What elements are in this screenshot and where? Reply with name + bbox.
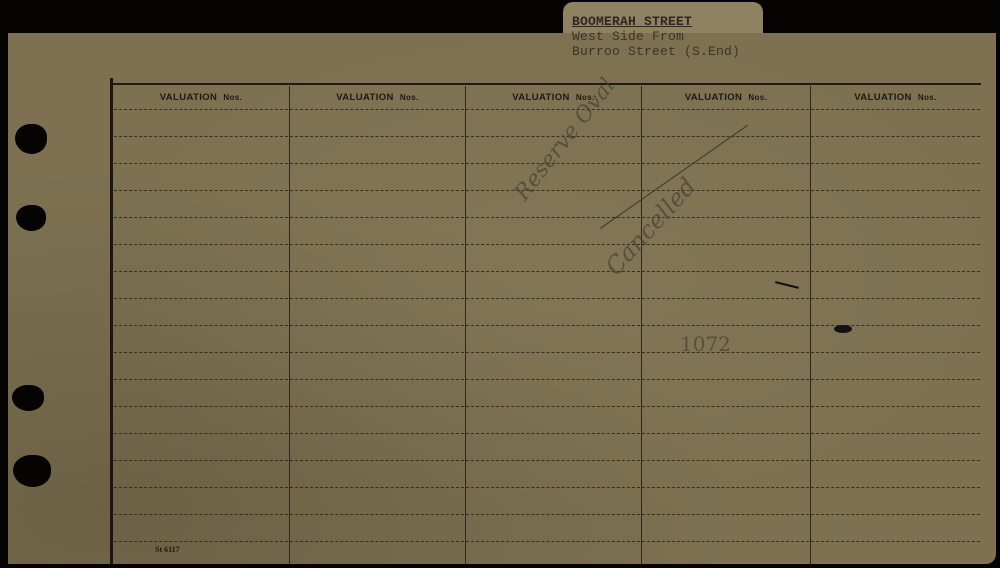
row-rule xyxy=(114,136,288,138)
row-rule xyxy=(290,460,464,462)
row-rule xyxy=(811,244,980,246)
row-rule xyxy=(811,136,980,138)
row-rule xyxy=(114,217,288,219)
row-rule xyxy=(290,379,464,381)
row-rule xyxy=(466,406,640,408)
column-header: VALUATIONNos. xyxy=(290,92,465,106)
row-rule xyxy=(290,217,464,219)
row-rule xyxy=(114,541,288,543)
row-rule xyxy=(466,514,640,516)
handwritten-number: 1072 xyxy=(680,332,731,356)
row-rule xyxy=(466,325,640,327)
row-rule xyxy=(466,541,640,543)
row-rule xyxy=(114,460,288,462)
ink-blot-mark xyxy=(834,325,852,333)
row-rule xyxy=(811,217,980,219)
binder-hole-icon xyxy=(12,385,44,411)
row-rule xyxy=(114,109,288,111)
row-rule xyxy=(811,406,980,408)
form-number: St 6117 xyxy=(155,545,180,554)
row-rule xyxy=(114,325,288,327)
row-rule xyxy=(466,460,640,462)
row-rule xyxy=(811,109,980,111)
street-side: West Side From xyxy=(572,29,740,44)
row-rule xyxy=(114,271,288,273)
row-rule xyxy=(290,298,464,300)
row-rule xyxy=(642,163,809,165)
row-rule xyxy=(114,163,288,165)
header-suffix: Nos. xyxy=(918,93,937,102)
row-rule xyxy=(114,379,288,381)
row-rule xyxy=(114,190,288,192)
row-rule xyxy=(642,541,809,543)
row-rule xyxy=(642,433,809,435)
row-rule xyxy=(811,487,980,489)
row-rule xyxy=(811,298,980,300)
row-rule xyxy=(642,136,809,138)
row-rule xyxy=(466,433,640,435)
header-suffix: Nos. xyxy=(748,93,767,102)
row-rule xyxy=(114,244,288,246)
row-rule xyxy=(642,460,809,462)
row-rule xyxy=(290,109,464,111)
row-rule xyxy=(811,433,980,435)
row-rule xyxy=(290,352,464,354)
row-rule xyxy=(290,514,464,516)
header-label: VALUATION xyxy=(160,92,218,103)
row-rule xyxy=(290,244,464,246)
row-rule xyxy=(642,109,809,111)
row-rule xyxy=(114,406,288,408)
table-top-border xyxy=(113,83,981,85)
row-rule xyxy=(114,514,288,516)
row-rule xyxy=(642,514,809,516)
row-rule xyxy=(642,298,809,300)
row-rule xyxy=(290,136,464,138)
row-rule xyxy=(811,352,980,354)
column-header: VALUATIONNos. xyxy=(642,92,810,106)
row-rule xyxy=(642,406,809,408)
header-suffix: Nos. xyxy=(400,93,419,102)
tab-label: BOOMERAH STREET West Side From Burroo St… xyxy=(572,14,740,59)
header-label: VALUATION xyxy=(512,92,570,103)
row-rule xyxy=(811,460,980,462)
row-rule xyxy=(466,352,640,354)
row-rule xyxy=(642,244,809,246)
row-rule xyxy=(290,163,464,165)
row-rule xyxy=(811,163,980,165)
row-rule xyxy=(466,190,640,192)
row-rule xyxy=(811,379,980,381)
row-rule xyxy=(114,298,288,300)
row-rule xyxy=(114,433,288,435)
binder-hole-icon xyxy=(15,124,47,154)
street-name: BOOMERAH STREET xyxy=(572,14,740,29)
row-rule xyxy=(811,514,980,516)
row-rule xyxy=(466,379,640,381)
column-header: VALUATIONNos. xyxy=(113,92,289,106)
header-label: VALUATION xyxy=(854,92,912,103)
row-rule xyxy=(811,190,980,192)
header-suffix: Nos. xyxy=(223,93,242,102)
header-label: VALUATION xyxy=(685,92,743,103)
row-rule xyxy=(811,541,980,543)
row-rule xyxy=(811,271,980,273)
row-rule xyxy=(642,271,809,273)
row-rule xyxy=(642,325,809,327)
row-rule xyxy=(466,109,640,111)
row-rule xyxy=(290,271,464,273)
row-rule xyxy=(466,298,640,300)
row-rule xyxy=(290,433,464,435)
row-rule xyxy=(114,487,288,489)
binder-hole-icon xyxy=(13,455,51,487)
column-header: VALUATIONNos. xyxy=(811,92,980,106)
row-rule xyxy=(290,190,464,192)
row-rule xyxy=(290,487,464,489)
row-rule xyxy=(466,487,640,489)
table-left-border xyxy=(110,78,113,564)
row-rule xyxy=(114,352,288,354)
row-rule xyxy=(290,541,464,543)
header-label: VALUATION xyxy=(336,92,394,103)
row-rule xyxy=(290,325,464,327)
street-from: Burroo Street (S.End) xyxy=(572,44,740,59)
row-rule xyxy=(642,379,809,381)
row-rule xyxy=(290,406,464,408)
binder-hole-icon xyxy=(16,205,46,231)
row-rule xyxy=(642,487,809,489)
